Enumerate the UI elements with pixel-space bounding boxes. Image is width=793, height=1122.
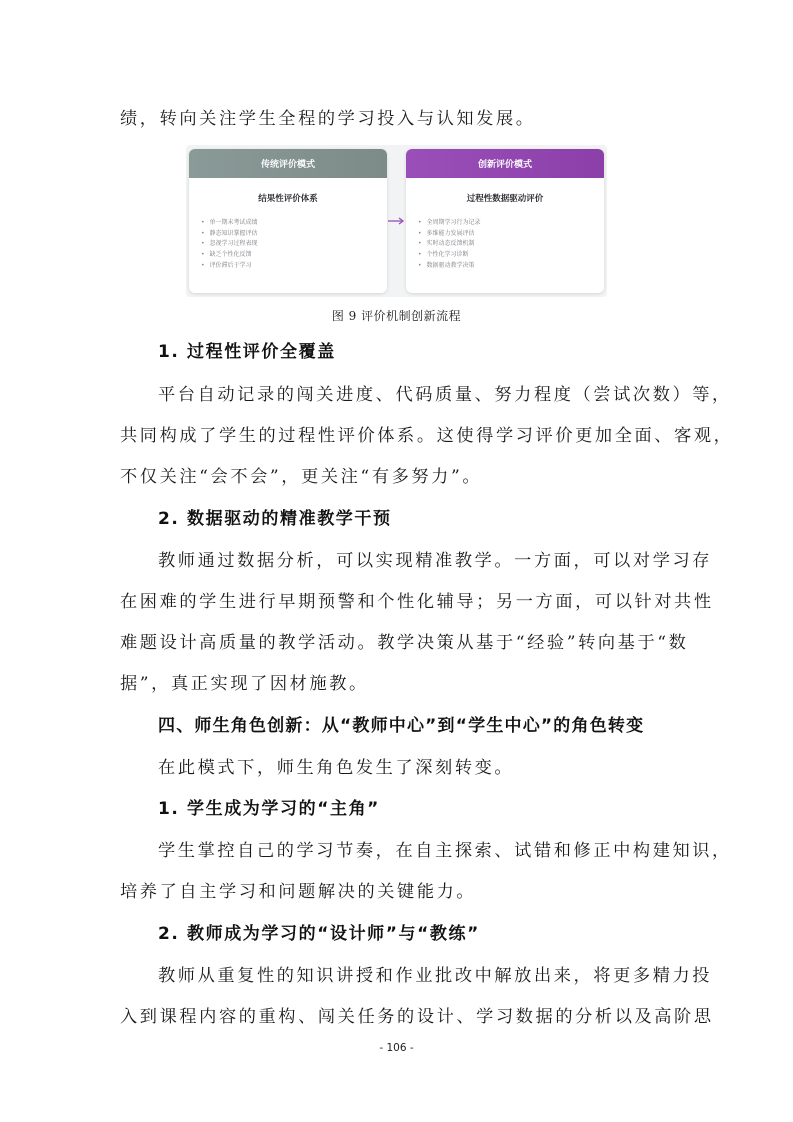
- list-item: 实时动态反馈机制: [418, 239, 604, 250]
- paragraph-line: 难题设计高质量的教学活动。教学决策从基于“经验”转向基于“数: [120, 628, 793, 653]
- list-item: 个性化学习诊断: [418, 250, 604, 261]
- card-list: 单一期末考试成绩 静态知识掌握评估 忽视学习过程表现 缺乏个性化反馈 评价滞后于…: [201, 218, 387, 272]
- list-item: 评价滞后于学习: [201, 261, 387, 272]
- paragraph-line: 不仅关注“会不会”，更关注“有多努力”。: [120, 462, 793, 487]
- card-list: 全周期学习行为记录 多维能力发展评估 实时动态反馈机制 个性化学习诊断 数据驱动…: [418, 218, 604, 272]
- list-item: 多维能力发展评估: [418, 229, 604, 240]
- right-arrow-icon: [388, 217, 406, 225]
- page-number: - 106 -: [0, 1042, 793, 1054]
- paragraph-line: 入到课程内容的重构、闯关任务的设计、学习数据的分析以及高阶思: [120, 1002, 793, 1027]
- section-heading: 2. 数据驱动的精准教学干预: [158, 504, 793, 529]
- figure-caption: 图 9 评价机制创新流程: [0, 307, 793, 324]
- section-heading: 1. 过程性评价全覆盖: [158, 337, 793, 362]
- innovative-evaluation-card: 创新评价模式 过程性数据驱动评价 全周期学习行为记录 多维能力发展评估 实时动态…: [406, 149, 604, 293]
- paragraph-line: 据”，真正实现了因材施教。: [120, 669, 793, 694]
- paragraph-line: 绩，转向关注学生全程的学习投入与认知发展。: [120, 104, 793, 129]
- paragraph-line: 教师从重复性的知识讲授和作业批改中解放出来，将更多精力投: [158, 961, 793, 986]
- paragraph-line: 平台自动记录的闯关进度、代码质量、努力程度（尝试次数）等，: [158, 380, 793, 405]
- list-item: 缺乏个性化反馈: [201, 250, 387, 261]
- card-header: 创新评价模式: [406, 149, 604, 178]
- paragraph-line: 在此模式下，师生角色发生了深刻转变。: [158, 753, 793, 778]
- paragraph-line: 教师通过数据分析，可以实现精准教学。一方面，可以对学习存: [158, 546, 793, 571]
- list-item: 单一期末考试成绩: [201, 218, 387, 229]
- paragraph-line: 共同构成了学生的过程性评价体系。这使得学习评价更加全面、客观，: [120, 421, 793, 446]
- figure-evaluation-flow: 传统评价模式 结果性评价体系 单一期末考试成绩 静态知识掌握评估 忽视学习过程表…: [186, 145, 607, 297]
- section-heading: 2. 教师成为学习的“设计师”与“教练”: [158, 919, 793, 944]
- chapter-heading: 四、师生角色创新：从“教师中心”到“学生中心”的角色转变: [158, 711, 793, 736]
- paragraph-line: 在困难的学生进行早期预警和个性化辅导；另一方面，可以针对共性: [120, 587, 793, 612]
- paragraph-line: 学生掌控自己的学习节奏，在自主探索、试错和修正中构建知识，: [158, 836, 793, 861]
- section-heading: 1. 学生成为学习的“主角”: [158, 794, 793, 819]
- traditional-evaluation-card: 传统评价模式 结果性评价体系 单一期末考试成绩 静态知识掌握评估 忽视学习过程表…: [189, 149, 387, 293]
- card-subtitle: 过程性数据驱动评价: [406, 192, 604, 204]
- list-item: 静态知识掌握评估: [201, 229, 387, 240]
- card-header: 传统评价模式: [189, 149, 387, 178]
- card-subtitle: 结果性评价体系: [189, 192, 387, 204]
- list-item: 忽视学习过程表现: [201, 239, 387, 250]
- list-item: 全周期学习行为记录: [418, 218, 604, 229]
- list-item: 数据驱动教学决策: [418, 261, 604, 272]
- paragraph-line: 培养了自主学习和问题解决的关键能力。: [120, 877, 793, 902]
